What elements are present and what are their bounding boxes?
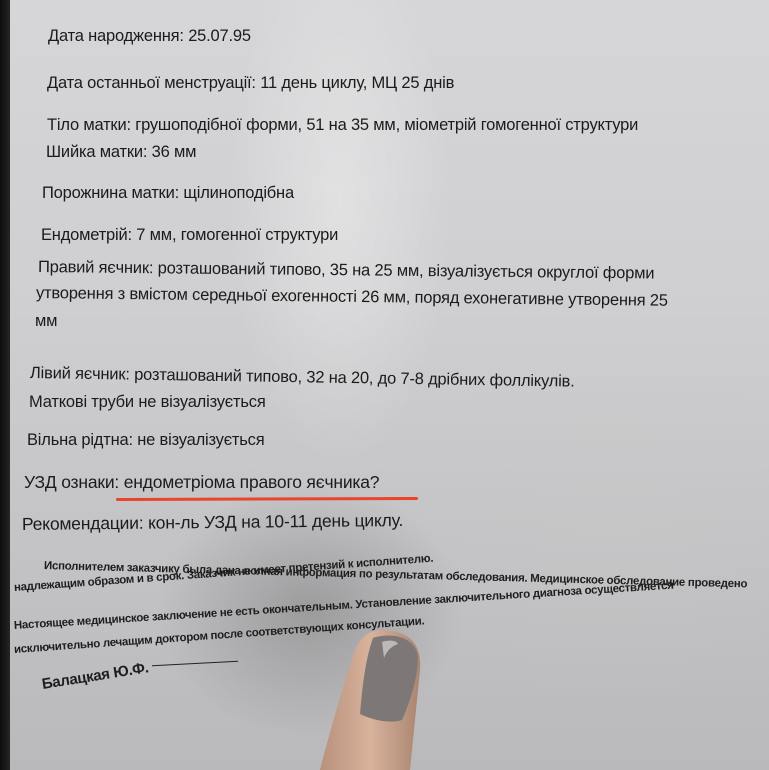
- field-label: Правий яєчник:: [38, 258, 153, 277]
- field-value: ендометріома правого яєчника?: [124, 472, 380, 492]
- field-value: грушоподібної форми, 51 на 35 мм, міомет…: [135, 116, 638, 134]
- field-label: Вільна рідтна:: [27, 431, 133, 449]
- field-label: Ендометрій:: [41, 226, 132, 244]
- field-label: Рекомендации:: [22, 513, 144, 534]
- field-endometrium: Ендометрій: 7 мм, гомогенної структури: [41, 226, 338, 245]
- field-label: Лівий яєчник:: [30, 364, 130, 384]
- field-value: не візуалізується: [138, 393, 265, 411]
- red-pen-underline: [116, 497, 418, 501]
- field-value: не візуалізується: [137, 431, 264, 449]
- field-right-ovary-line-3: мм: [35, 312, 57, 331]
- field-value: 25.07.95: [188, 27, 251, 45]
- field-value: розташований типово, 35 на 25 мм, візуал…: [158, 259, 655, 282]
- field-value: щілиноподібна: [183, 184, 294, 202]
- field-right-ovary-line-2: утворення з вмістом середньої ехогенност…: [36, 284, 668, 311]
- field-value: 11 день циклу, МЦ 25 днів: [260, 74, 454, 92]
- field-label: Шийка матки:: [46, 143, 147, 161]
- field-recommendations: Рекомендации: кон-ль УЗД на 10-11 день ц…: [22, 510, 403, 535]
- field-fallopian-tubes: Маткові труби не візуалізується: [29, 393, 266, 412]
- field-value: розташований типово, 32 на 20, до 7-8 др…: [134, 366, 575, 391]
- signature-line: [152, 661, 238, 666]
- field-last-menstruation: Дата останньої менструації: 11 день цикл…: [47, 74, 454, 93]
- signature-name: Балацкая Ю.Ф.: [41, 659, 150, 693]
- finger-with-nail-photo: [310, 620, 430, 770]
- field-free-fluid: Вільна рідтна: не візуалізується: [27, 431, 264, 450]
- field-uterine-cavity: Порожнина матки: щілиноподібна: [42, 184, 294, 203]
- document-paper: Дата народження: 25.07.95 Дата останньої…: [10, 0, 769, 770]
- field-value: 36 мм: [152, 143, 197, 161]
- field-right-ovary: Правий яєчник: розташований типово, 35 н…: [38, 258, 654, 283]
- field-cervix: Шийка матки: 36 мм: [46, 143, 196, 162]
- field-label: Дата народження:: [48, 27, 184, 45]
- field-label: Тіло матки:: [47, 116, 131, 134]
- field-birth-date: Дата народження: 25.07.95: [48, 27, 251, 46]
- field-left-ovary: Лівий яєчник: розташований типово, 32 на…: [30, 364, 575, 392]
- field-uterus-body: Тіло матки: грушоподібної форми, 51 на 3…: [47, 116, 638, 135]
- field-label: Маткові труби: [29, 393, 134, 411]
- field-label: Дата останньої менструації:: [47, 74, 256, 92]
- field-ultrasound-signs: УЗД ознаки: ендометріома правого яєчника…: [24, 472, 379, 493]
- field-label: УЗД ознаки:: [24, 472, 119, 492]
- field-value: кон-ль УЗД на 10-11 день циклу.: [148, 510, 403, 533]
- field-label: Порожнина матки:: [42, 184, 179, 202]
- field-value: 7 мм, гомогенної структури: [136, 226, 338, 244]
